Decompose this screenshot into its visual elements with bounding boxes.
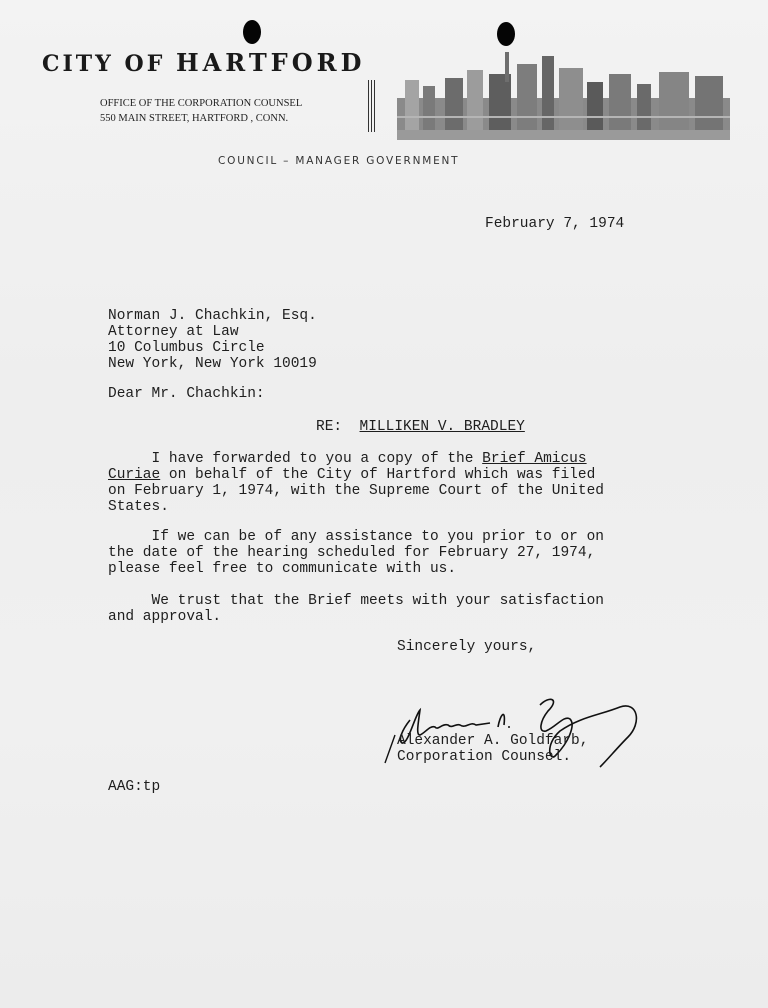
recipient-title: Attorney at Law — [108, 324, 317, 340]
divider-lines — [368, 80, 376, 132]
city-skyline-image — [397, 48, 730, 140]
office-line-1: OFFICE OF THE CORPORATION COUNSEL — [100, 96, 302, 111]
p2-line: If we can be of any assistance to you pr… — [108, 529, 604, 545]
signer-title: Corporation Counsel. — [397, 749, 588, 765]
signature-block: Alexander A. Goldfarb,Corporation Counse… — [397, 733, 588, 765]
letter-date: February 7, 1974 — [485, 216, 624, 232]
p2-line: the date of the hearing scheduled for Fe… — [108, 545, 604, 561]
p3-line: We trust that the Brief meets with your … — [108, 593, 604, 609]
title-hartford: HARTFORD — [176, 48, 365, 77]
signer-name: Alexander A. Goldfarb, — [397, 733, 588, 749]
p3-line: and approval. — [108, 609, 604, 625]
p1-text: on February 1, 1974, with the Supreme Co… — [108, 483, 604, 499]
office-address: OFFICE OF THE CORPORATION COUNSEL 550 MA… — [100, 96, 302, 126]
curiae-underlined: Curiae — [108, 467, 160, 483]
paragraph-2: If we can be of any assistance to you pr… — [108, 529, 604, 577]
government-tagline: COUNCIL – MANAGER GOVERNMENT — [218, 155, 459, 167]
paragraph-1: I have forwarded to you a copy of the Br… — [108, 451, 604, 515]
brief-amicus-underlined: Brief Amicus — [482, 451, 586, 467]
punch-hole-left — [243, 20, 261, 44]
re-label: RE: — [316, 419, 342, 435]
recipient-city: New York, New York 10019 — [108, 356, 317, 372]
recipient-name: Norman J. Chachkin, Esq. — [108, 308, 317, 324]
title-city-of: CITY OF — [42, 51, 165, 77]
p2-line: please feel free to communicate with us. — [108, 561, 604, 577]
recipient-address: Norman J. Chachkin, Esq.Attorney at Law1… — [108, 308, 317, 372]
letterhead-title: CITY OF HARTFORD — [42, 48, 365, 77]
re-subject: MILLIKEN V. BRADLEY — [360, 419, 525, 435]
typist-initials: AAG:tp — [108, 779, 160, 795]
office-line-2: 550 MAIN STREET, HARTFORD , CONN. — [100, 111, 302, 126]
re-line: RE: MILLIKEN V. BRADLEY — [316, 419, 525, 435]
paragraph-3: We trust that the Brief meets with your … — [108, 593, 604, 625]
punch-hole-right — [497, 22, 515, 46]
p1-text: States. — [108, 499, 604, 515]
p1-text: I have forwarded to you a copy of the — [108, 451, 482, 467]
salutation: Dear Mr. Chachkin: — [108, 386, 265, 402]
p1-text: on behalf of the City of Hartford which … — [160, 467, 595, 483]
recipient-street: 10 Columbus Circle — [108, 340, 317, 356]
closing: Sincerely yours, — [397, 639, 536, 655]
